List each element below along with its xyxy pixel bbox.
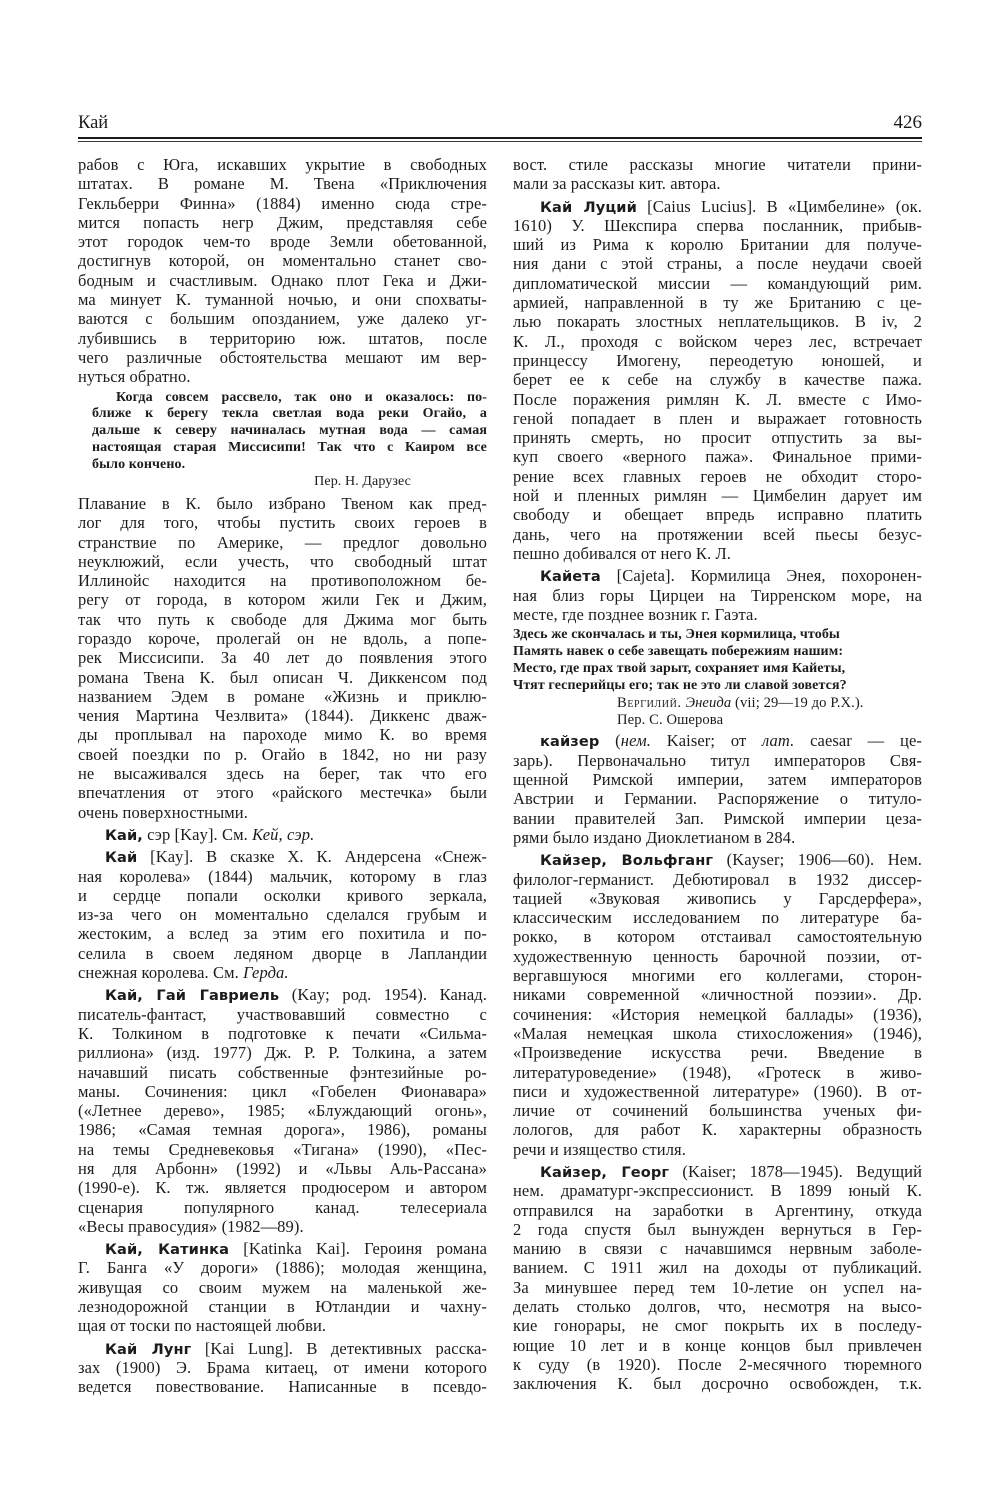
text-line: романа Твена К. был описан Ч. Диккенсом … bbox=[78, 668, 487, 687]
text-line: снежная королева. См. Герда. bbox=[78, 963, 487, 982]
dictionary-entry: Кай [Kay]. В сказке Х. К. Андерсена «Сне… bbox=[78, 847, 487, 982]
text-line: вергавшуюся многими его коллегами, сторо… bbox=[513, 966, 922, 985]
text-line: Здесь же скончалась и ты, Энея кормилица… bbox=[513, 627, 922, 644]
text-line: ды проплывал на пароходе мимо К. во врем… bbox=[78, 725, 487, 744]
text-segment: [Caius Lucius]. В «Цимбелине» (ок. bbox=[637, 197, 922, 216]
text-line: армией, направленной в ту же Британию с … bbox=[513, 293, 922, 312]
text-line: филолог-германист. Дебютировал в 1932 ди… bbox=[513, 870, 922, 889]
text-line: дипломатической миссии — командующий рим… bbox=[513, 274, 922, 293]
text-line: К. Толкином в подготовке к печати «Сильм… bbox=[78, 1024, 487, 1043]
headword: Кай, Катинка bbox=[105, 1241, 229, 1258]
text-line: этот городок чем-то вроде Земли обетован… bbox=[78, 232, 487, 251]
text-line: речи и изящество стиля. bbox=[513, 1140, 922, 1159]
italic-text: лат. bbox=[762, 731, 794, 750]
text-segment: ( bbox=[599, 731, 620, 750]
text-line: Чтят гесперийцы его; так не это ли славо… bbox=[513, 678, 922, 695]
text-line: селила в своем ледяном дворце в Лапланди… bbox=[78, 944, 487, 963]
text-line: «Весы правосудия» (1982—89). bbox=[78, 1217, 487, 1236]
text-line: штатах. В романе М. Твена «Приключения bbox=[78, 174, 487, 193]
text-line: отправился на заработки в Аргентину, отк… bbox=[513, 1201, 922, 1220]
text-line: лологов, для работ К. характерны образно… bbox=[513, 1120, 922, 1139]
text-line: лью покарать злостных неплательщиков. В … bbox=[513, 312, 922, 331]
text-line: к суду (в 1920). После 2-месячного тюрем… bbox=[513, 1355, 922, 1374]
text-line: вост. стиле рассказы многие читатели при… bbox=[513, 155, 922, 174]
text-line: живущая со своим мужем на маленькой же- bbox=[78, 1278, 487, 1297]
text-line: писи и художественной литературе» (1960)… bbox=[513, 1082, 922, 1101]
headword: Кайзер, Вольфганг bbox=[540, 852, 713, 869]
text-segment: Kaiser; от bbox=[651, 731, 762, 750]
text-line: заключения К. был досрочно освобожден, т… bbox=[513, 1374, 922, 1393]
italic-text: Кей, сэр. bbox=[252, 825, 314, 844]
text-line: ющие 10 лет и в конце концов был привлеч… bbox=[513, 1336, 922, 1355]
text-line: лог для того, чтобы пустить своих героев… bbox=[78, 513, 487, 532]
text-line: ближе к берегу текла светлая вода реки О… bbox=[92, 406, 487, 423]
text-line: Кай, сэр [Kay]. См. Кей, сэр. bbox=[78, 825, 487, 844]
column-right: вост. стиле рассказы многие читатели при… bbox=[513, 155, 922, 1403]
text-line: щая от тоски по настоящей любви. bbox=[78, 1316, 487, 1335]
text-line: Место, где прах твой зарыт, сохраняет им… bbox=[513, 661, 922, 678]
text-line: мали за рассказы кит. автора. bbox=[513, 174, 922, 193]
headword: Кай Луций bbox=[540, 199, 637, 216]
text-line: впечатления от этого «райского местечка»… bbox=[78, 783, 487, 802]
headword: Кайета bbox=[540, 568, 601, 585]
text-line: нем. драматург-экспрессионист. В 1899 юн… bbox=[513, 1181, 922, 1200]
text-line: нуться обратно. bbox=[78, 367, 487, 386]
text-line: ваются с большим опозданием, уже далеко … bbox=[78, 309, 487, 328]
column-left: рабов с Юга, искавших укрытие в свободны… bbox=[78, 155, 487, 1403]
text-segment: (vii; 29—19 до Р.Х.). bbox=[731, 695, 863, 711]
text-columns: рабов с Юга, искавших укрытие в свободны… bbox=[78, 155, 922, 1403]
dictionary-entry: Кайета [Cajeta]. Кормилица Энея, похорон… bbox=[513, 566, 922, 624]
text-line: Иллинойс находится на противоположном бе… bbox=[78, 571, 487, 590]
text-line: странствие по Америке, — предлог довольн… bbox=[78, 533, 487, 552]
text-line: За минувшее перед тем 10-летие он успел … bbox=[513, 1278, 922, 1297]
text-line: «Малая немецкая школа стихосложения» (19… bbox=[513, 1024, 922, 1043]
text-line: дань, чего на протяжении всей пьесы безу… bbox=[513, 525, 922, 544]
text-line: своей поездки по р. Огайо в 1842, но ни … bbox=[78, 745, 487, 764]
text-line: «Произведение искусства речи. Введение в bbox=[513, 1043, 922, 1062]
text-line: 2 года спустя был вынужден вернуться в Г… bbox=[513, 1220, 922, 1239]
text-line: начавший писать собственные фэнтезийные … bbox=[78, 1063, 487, 1082]
header-rule bbox=[78, 137, 922, 142]
text-line: ной и пленных римлян — Цимбелин дарует и… bbox=[513, 486, 922, 505]
dictionary-entry: кайзер (нем. Kaiser; от лат. caesar — це… bbox=[513, 731, 922, 847]
dictionary-entry: Кай Лунг [Kai Lung]. В детективных расск… bbox=[78, 1339, 487, 1397]
dictionary-entry: Кай, сэр [Kay]. См. Кей, сэр. bbox=[78, 825, 487, 844]
text-line: Пер. Н. Дарузес bbox=[78, 474, 487, 491]
block-quote: Когда совсем рассвело, так оно и оказало… bbox=[78, 390, 487, 474]
text-line: зах (1900) Э. Брама китаец, от имени кот… bbox=[78, 1358, 487, 1377]
text-line: Кай Луций [Caius Lucius]. В «Цимбелине» … bbox=[513, 197, 922, 216]
text-segment: (Kay; род. 1954). Канад. bbox=[279, 985, 487, 1004]
text-line: чения Мартина Чезлвита» (1844). Диккенс … bbox=[78, 706, 487, 725]
text-line: Пер. С. Ошерова bbox=[617, 712, 922, 729]
text-line: принять смерть, но просит отпустить за в… bbox=[513, 428, 922, 447]
page-number: 426 bbox=[894, 112, 923, 134]
text-line: Когда совсем рассвело, так оно и оказало… bbox=[92, 390, 487, 407]
text-line: берет ее к себе на службу в качестве паж… bbox=[513, 370, 922, 389]
text-line: лубившись в территорию юж. штатов, после bbox=[78, 329, 487, 348]
text-line: художественную ценность барочной поэзии,… bbox=[513, 947, 922, 966]
text-line: свободу и обещает впредь исправно платит… bbox=[513, 505, 922, 524]
text-line: рокко, в котором отстаивал самостоятельн… bbox=[513, 927, 922, 946]
text-line: (1990-е). К. тж. является продюсером и а… bbox=[78, 1178, 487, 1197]
text-line: Кайета [Cajeta]. Кормилица Энея, похорон… bbox=[513, 566, 922, 585]
text-line: маны. Сочинения: цикл «Гобелен Фионавара… bbox=[78, 1082, 487, 1101]
text-line: Австрии и Германии. Распоряжение о титул… bbox=[513, 789, 922, 808]
text-line: рек Миссисипи. За 40 лет до появления эт… bbox=[78, 648, 487, 667]
text-line: геной попадает в плен и выражает готовно… bbox=[513, 409, 922, 428]
text-line: лезнодорожной станции в Ютландии и чахну… bbox=[78, 1297, 487, 1316]
body-paragraph: вост. стиле рассказы многие читатели при… bbox=[513, 155, 922, 194]
running-head: Кай bbox=[78, 112, 108, 134]
text-line: сценария популярного канад. телесериала bbox=[78, 1198, 487, 1217]
text-line: ма минует К. туманной ночью, и они спохв… bbox=[78, 290, 487, 309]
text-line: Кайзер, Георг (Kaiser; 1878—1945). Ведущ… bbox=[513, 1162, 922, 1181]
text-line: После поражения римлян К. Л. вместе с Им… bbox=[513, 390, 922, 409]
body-paragraph: Плавание в К. было избрано Твеном как пр… bbox=[78, 494, 487, 822]
text-line: рение всех главных героев не обходит сто… bbox=[513, 467, 922, 486]
text-line: К. Л., проходя с войском через лес, встр… bbox=[513, 332, 922, 351]
text-segment: (Kaiser; 1878—1945). Ведущий bbox=[669, 1162, 922, 1181]
text-line: принцессу Имогену, переодетую юношей, и bbox=[513, 351, 922, 370]
dictionary-page: Кай 426 рабов с Юга, искавших укрытие в … bbox=[0, 0, 1004, 1500]
text-line: 1986; «Самая темная дорога», 1986), рома… bbox=[78, 1120, 487, 1139]
text-line: 1610) У. Шекспира сперва посланник, приб… bbox=[513, 216, 922, 235]
text-line: так что путь к свободе для Джима мог быт… bbox=[78, 610, 487, 629]
text-line: щенной Римской империи, затем императоро… bbox=[513, 770, 922, 789]
verse-attribution: Вергилий. Энеида (vii; 29—19 до Р.Х.).Пе… bbox=[513, 695, 922, 729]
text-line: Кай Лунг [Kai Lung]. В детективных расск… bbox=[78, 1339, 487, 1358]
text-line: Кай, Гай Гавриель (Kay; род. 1954). Кана… bbox=[78, 985, 487, 1004]
text-line: писатель-фантаст, участвовавший совместн… bbox=[78, 1005, 487, 1024]
text-line: бодным и счастливым. Однако плот Гека и … bbox=[78, 271, 487, 290]
text-line: регу от города, в котором жили Гек и Джи… bbox=[78, 590, 487, 609]
text-line: тацией «Звуковая живопись у Гарсдерфера»… bbox=[513, 889, 922, 908]
text-line: Г. Банга «У дороги» (1886); молодая женщ… bbox=[78, 1258, 487, 1277]
text-line: неуклюжий, если учесть, что свободный шт… bbox=[78, 552, 487, 571]
text-line: сочинения: «История немецкой баллады» (1… bbox=[513, 1005, 922, 1024]
text-line: ная близ горы Цирцеи на Тирренском море,… bbox=[513, 586, 922, 605]
text-line: кие гонорары, не смог покрыть их в после… bbox=[513, 1316, 922, 1335]
text-line: классическим исследованием по литературе… bbox=[513, 908, 922, 927]
text-line: куп своего «верного пажа». Финальное при… bbox=[513, 447, 922, 466]
dictionary-entry: Кайзер, Вольфганг (Kayser; 1906—60). Нем… bbox=[513, 850, 922, 1159]
text-line: риллиона» (изд. 1977) Дж. Р. Р. Толкина,… bbox=[78, 1043, 487, 1062]
text-line: ший из Рима к королю Британии для получе… bbox=[513, 235, 922, 254]
text-line: не высаживался здесь на берег, так что е… bbox=[78, 764, 487, 783]
italic-text: Энеида bbox=[685, 695, 731, 711]
headword: Кай, bbox=[105, 827, 143, 844]
text-segment: [Katinka Kai]. Героиня романа bbox=[229, 1239, 487, 1258]
dictionary-entry: Кай, Катинка [Katinka Kai]. Героиня рома… bbox=[78, 1239, 487, 1335]
text-line: чего различные обстоятельства мешают им … bbox=[78, 348, 487, 367]
text-line: пешно добивался от него К. Л. bbox=[513, 544, 922, 563]
text-line: месте, где позднее возник г. Гаэта. bbox=[513, 605, 922, 624]
text-line: и сердце попали осколки кривого зеркала, bbox=[78, 886, 487, 905]
headword: Кайзер, Георг bbox=[540, 1164, 669, 1181]
text-line: на темы Средневековья «Тигана» (1990), «… bbox=[78, 1140, 487, 1159]
text-line: личие от сочинений большинства ученых фи… bbox=[513, 1101, 922, 1120]
text-line: кайзер (нем. Kaiser; от лат. caesar — це… bbox=[513, 731, 922, 750]
headword: Кай Лунг bbox=[105, 1341, 191, 1358]
text-segment: (Kayser; 1906—60). Нем. bbox=[713, 850, 922, 869]
text-segment: [Cajeta]. Кормилица Энея, похоронен- bbox=[601, 566, 922, 585]
text-line: было кончено. bbox=[92, 457, 487, 474]
text-line: названием Эдем в романе «Жизнь и приклю- bbox=[78, 687, 487, 706]
text-segment: caesar — це- bbox=[794, 731, 922, 750]
text-line: дальше к северу начиналась мутная вода —… bbox=[92, 423, 487, 440]
text-line: («Летнее дерево», 1985; «Блуждающий огон… bbox=[78, 1101, 487, 1120]
text-line: ведется повествование. Написанные в псев… bbox=[78, 1377, 487, 1396]
text-segment: [Kay]. В сказке Х. К. Андерсена «Снеж- bbox=[137, 847, 487, 866]
text-line: никами современной «личностной поэзии». … bbox=[513, 985, 922, 1004]
text-line: Гекльберри Финна» (1884) именно сюда стр… bbox=[78, 194, 487, 213]
text-line: Вергилий. Энеида (vii; 29—19 до Р.Х.). bbox=[617, 695, 922, 712]
text-line: ния дани с этой страны, а после неудачи … bbox=[513, 254, 922, 273]
text-line: ванием. С 1911 жил на доходы от публикац… bbox=[513, 1258, 922, 1277]
text-line: очень поверхностными. bbox=[78, 803, 487, 822]
dictionary-entry: Кайзер, Георг (Kaiser; 1878—1945). Ведущ… bbox=[513, 1162, 922, 1394]
text-line: достигнув которой, он моментально станет… bbox=[78, 251, 487, 270]
text-segment: снежная королева. См. bbox=[78, 963, 243, 982]
text-line: Кайзер, Вольфганг (Kayser; 1906—60). Нем… bbox=[513, 850, 922, 869]
text-line: ная королева» (1844) мальчик, которому в… bbox=[78, 867, 487, 886]
text-line: зарь). Первоначально титул императоров С… bbox=[513, 751, 922, 770]
text-line: манию в связи с начавшимся нервным забол… bbox=[513, 1239, 922, 1258]
text-line: делать столько долгов, что, несмотря на … bbox=[513, 1297, 922, 1316]
text-segment: сэр [Kay]. См. bbox=[143, 825, 252, 844]
text-line: Кай [Kay]. В сказке Х. К. Андерсена «Сне… bbox=[78, 847, 487, 866]
headword: кайзер bbox=[540, 733, 599, 750]
text-line: жестоким, а вслед за этим его похитила и… bbox=[78, 924, 487, 943]
text-line: гораздо короче, пролегай он не вдоль, а … bbox=[78, 629, 487, 648]
italic-text: нем. bbox=[621, 731, 651, 750]
text-line: литературоведение» (1948), «Гротеск в жи… bbox=[513, 1063, 922, 1082]
text-line: мится попасть негр Джим, представляя себ… bbox=[78, 213, 487, 232]
headword: Кай, Гай Гавриель bbox=[105, 987, 279, 1004]
text-line: рями было издано Диоклетианом в 284. bbox=[513, 828, 922, 847]
text-line: Кай, Катинка [Katinka Kai]. Героиня рома… bbox=[78, 1239, 487, 1258]
dictionary-entry: Кай, Гай Гавриель (Kay; род. 1954). Кана… bbox=[78, 985, 487, 1236]
text-line: Память навек о себе завещать побережиям … bbox=[513, 644, 922, 661]
page-header: Кай 426 bbox=[78, 112, 922, 134]
text-line: вании правителей Зап. Римской империи це… bbox=[513, 809, 922, 828]
text-line: Плавание в К. было избрано Твеном как пр… bbox=[78, 494, 487, 513]
text-line: рабов с Юга, искавших укрытие в свободны… bbox=[78, 155, 487, 174]
text-segment: [Kai Lung]. В детективных расска- bbox=[191, 1339, 487, 1358]
verse-quote: Здесь же скончалась и ты, Энея кормилица… bbox=[513, 627, 922, 695]
body-paragraph: рабов с Юга, искавших укрытие в свободны… bbox=[78, 155, 487, 387]
text-line: из-за чего он моментально сделался грубы… bbox=[78, 905, 487, 924]
italic-text: Герда. bbox=[243, 963, 289, 982]
headword: Кай bbox=[105, 849, 137, 866]
dictionary-entry: Кай Луций [Caius Lucius]. В «Цимбелине» … bbox=[513, 197, 922, 564]
text-line: ня для Арбонн» (1992) и «Львы Аль-Рассан… bbox=[78, 1159, 487, 1178]
quote-attribution: Пер. Н. Дарузес bbox=[78, 474, 487, 491]
text-line: настоящая старая Миссисипи! Так что с Ка… bbox=[92, 440, 487, 457]
text-segment: Вергилий. bbox=[617, 695, 682, 711]
